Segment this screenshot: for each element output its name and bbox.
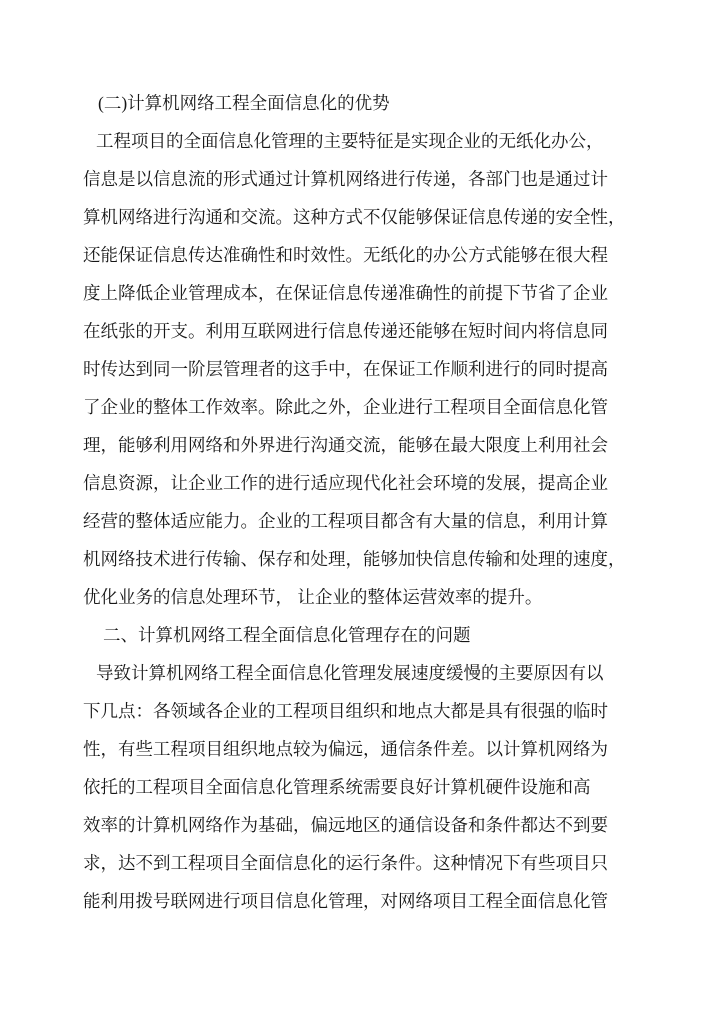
text-line: 了企业的整体工作效率。除此之外，企业进行工程项目全面信息化管 [83, 388, 683, 426]
text-line: 理，能够利用网络和外界进行沟通交流，能够在最大限度上利用社会 [83, 426, 683, 464]
text-line: 依托的工程项目全面信息化管理系统需要良好计算机硬件设施和高 [83, 768, 683, 806]
text-line: 效率的计算机网络作为基础，偏远地区的通信设备和条件都达不到要 [83, 806, 683, 844]
text-line: 性，有些工程项目组织地点较为偏远，通信条件差。以计算机网络为 [83, 730, 683, 768]
section-heading: (二)计算机网络工程全面信息化的优势 [83, 84, 683, 122]
text-line: 信息资源，让企业工作的进行适应现代化社会环境的发展，提高企业 [83, 464, 683, 502]
text-line: 能利用拨号联网进行项目信息化管理，对网络项目工程全面信息化管 [83, 882, 683, 920]
text-line: 度上降低企业管理成本，在保证信息传递准确性的前提下节省了企业 [83, 274, 683, 312]
text-line: 下几点：各领域各企业的工程项目组织和地点大都是具有很强的临时 [83, 692, 683, 730]
text-line: 机网络技术进行传输、保存和处理，能够加快信息传输和处理的速度， [83, 540, 683, 578]
text-line: 算机网络进行沟通和交流。这种方式不仅能够保证信息传递的安全性， [83, 198, 683, 236]
text-line: 工程项目的全面信息化管理的主要特征是实现企业的无纸化办公， [83, 122, 683, 160]
text-line: 时传达到同一阶层管理者的这手中，在保证工作顺利进行的同时提高 [83, 350, 683, 388]
text-line: 在纸张的开支。利用互联网进行信息传递还能够在短时间内将信息同 [83, 312, 683, 350]
text-line: 经营的整体适应能力。企业的工程项目都含有大量的信息，利用计算 [83, 502, 683, 540]
document-text-block: (二)计算机网络工程全面信息化的优势 工程项目的全面信息化管理的主要特征是实现企… [83, 84, 683, 920]
text-line: 导致计算机网络工程全面信息化管理发展速度缓慢的主要原因有以 [83, 654, 683, 692]
document-page: (二)计算机网络工程全面信息化的优势 工程项目的全面信息化管理的主要特征是实现企… [0, 0, 721, 1020]
text-line: 求，达不到工程项目全面信息化的运行条件。这种情况下有些项目只 [83, 844, 683, 882]
text-line: 还能保证信息传达准确性和时效性。无纸化的办公方式能够在很大程 [83, 236, 683, 274]
section-heading: 二、计算机网络工程全面信息化管理存在的问题 [83, 616, 683, 654]
text-line: 优化业务的信息处理环节， 让企业的整体运营效率的提升。 [83, 578, 683, 616]
text-line: 信息是以信息流的形式通过计算机网络进行传递，各部门也是通过计 [83, 160, 683, 198]
